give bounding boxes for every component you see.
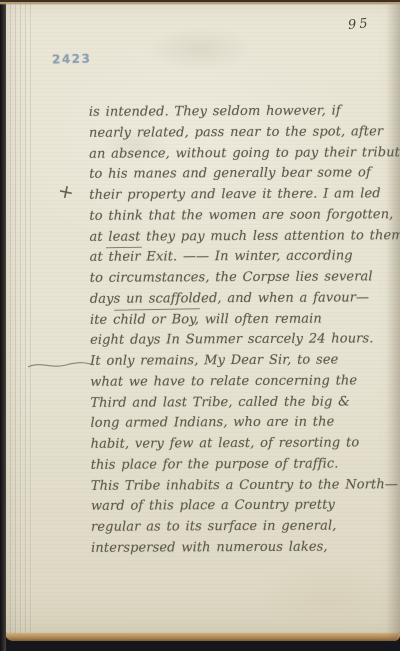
manuscript-line: to his manes and generally bear some of — [89, 163, 391, 185]
manuscript-text: is intended. They seldom however, if nea… — [89, 101, 393, 559]
manuscript-line: nearly related, pass near to the spot, a… — [89, 122, 391, 144]
manuscript-line: This Tribe inhabits a Country to the Nor… — [91, 475, 393, 497]
manuscript-line: at least they pay much less attention to… — [89, 226, 391, 248]
margin-flourish-dash — [26, 357, 96, 376]
manuscript-line: ite child or Boy, will often remain — [90, 309, 392, 331]
manuscript-line: eight days In Summer scarcely 24 hours. — [90, 329, 392, 351]
manuscript-line: ward of this place a Country pretty — [91, 495, 393, 517]
manuscript-line: an absence, without going to pay their t… — [89, 143, 391, 165]
manuscript-line: at their Exit. —— In winter, according — [90, 246, 392, 268]
manuscript-line: their property and leave it there. I am … — [89, 184, 391, 206]
manuscript-line: It only remains, My Dear Sir, to see — [90, 350, 392, 372]
manuscript-line: long armed Indians, who are in the — [90, 412, 392, 434]
page-number: 95 — [347, 16, 371, 33]
page-top-edge — [0, 0, 400, 5]
manuscript-line: Third and last Tribe, called the big & — [90, 392, 392, 414]
book-binding — [0, 0, 6, 651]
manuscript-photo: 95 2423 + is intended. They seldom howev… — [0, 0, 400, 651]
page-edge-streaks — [5, 0, 35, 641]
manuscript-line: is intended. They seldom however, if — [89, 101, 391, 123]
manuscript-line: what we have to relate concerning the — [90, 371, 392, 393]
manuscript-line: to think that the women are soon forgott… — [89, 205, 391, 227]
archive-stamp: 2423 — [52, 51, 92, 66]
manuscript-line: days un scaffolded, and when a favour— — [90, 288, 392, 310]
manuscript-line: regular as to its surface in general, — [91, 516, 393, 538]
manuscript-line: habit, very few at least, of resorting t… — [91, 433, 393, 455]
manuscript-line: interspersed with numerous lakes, — [91, 537, 393, 559]
manuscript-line: this place for the purpose of traffic. — [91, 454, 393, 476]
page-bottom-edge — [5, 633, 400, 641]
manuscript-line: to circumstances, the Corpse lies severa… — [90, 267, 392, 289]
